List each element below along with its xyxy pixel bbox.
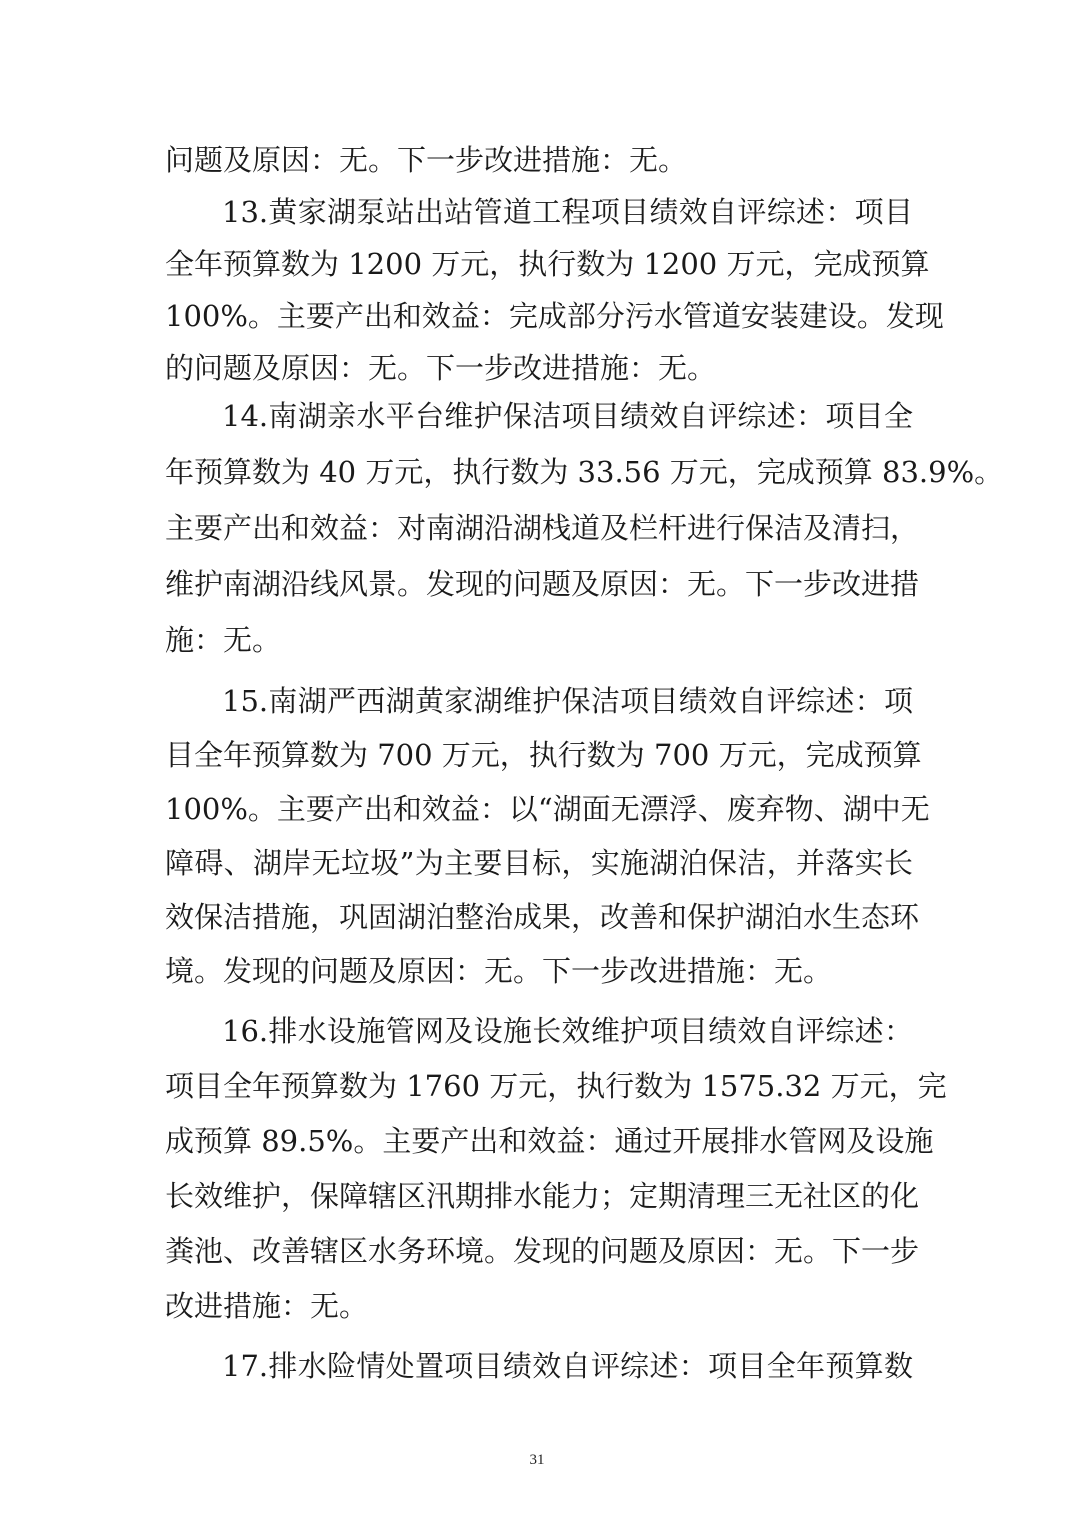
paragraph-15-heading-line: 15.南湖严西湖黄家湖维护保洁项目绩效自评综述：项 (222, 675, 913, 727)
text-line: 主要产出和效益：对南湖沿湖栈道及栏杆进行保洁及清扫， (165, 502, 913, 554)
paragraph-14-heading-line: 14.南湖亲水平台维护保洁项目绩效自评综述：项目全 (222, 390, 913, 442)
text-line: 障碍、湖岸无垃圾”为主要目标，实施湖泊保洁，并落实长 (165, 837, 913, 889)
page-number: 31 (0, 1452, 1074, 1469)
text-line: 100%。主要产出和效益：完成部分污水管道安装建设。发现 (165, 290, 913, 342)
text-line: 年预算数为 40 万元，执行数为 33.56 万元，完成预算 83.9%。 (165, 446, 913, 498)
text-line: 问题及原因：无。下一步改进措施：无。 (165, 134, 913, 186)
text-line: 效保洁措施，巩固湖泊整治成果，改善和保护湖泊水生态环 (165, 891, 913, 943)
paragraph-13-heading-line: 13.黄家湖泵站出站管道工程项目绩效自评综述：项目 (222, 186, 913, 238)
text-line: 改进措施：无。 (165, 1280, 913, 1332)
paragraph-16-heading-line: 16.排水设施管网及设施长效维护项目绩效自评综述： (222, 1005, 913, 1057)
text-line: 粪池、改善辖区水务环境。发现的问题及原因：无。下一步 (165, 1225, 913, 1277)
text-line: 长效维护，保障辖区汛期排水能力；定期清理三无社区的化 (165, 1170, 913, 1222)
text-line: 目全年预算数为 700 万元，执行数为 700 万元，完成预算 (165, 729, 913, 781)
text-line: 成预算 89.5%。主要产出和效益：通过开展排水管网及设施 (165, 1115, 913, 1167)
paragraph-17-heading-line: 17.排水险情处置项目绩效自评综述：项目全年预算数 (222, 1340, 913, 1392)
text-line: 施：无。 (165, 614, 913, 666)
text-line: 境。发现的问题及原因：无。下一步改进措施：无。 (165, 945, 913, 997)
text-line: 维护南湖沿线风景。发现的问题及原因：无。下一步改进措 (165, 558, 913, 610)
text-line: 项目全年预算数为 1760 万元，执行数为 1575.32 万元，完 (165, 1060, 913, 1112)
text-line: 的问题及原因：无。下一步改进措施：无。 (165, 342, 913, 394)
text-line: 全年预算数为 1200 万元，执行数为 1200 万元，完成预算 (165, 238, 913, 290)
text-line: 100%。主要产出和效益：以“湖面无漂浮、废弃物、湖中无 (165, 783, 913, 835)
document-page: 问题及原因：无。下一步改进措施：无。 13.黄家湖泵站出站管道工程项目绩效自评综… (0, 0, 1074, 1520)
